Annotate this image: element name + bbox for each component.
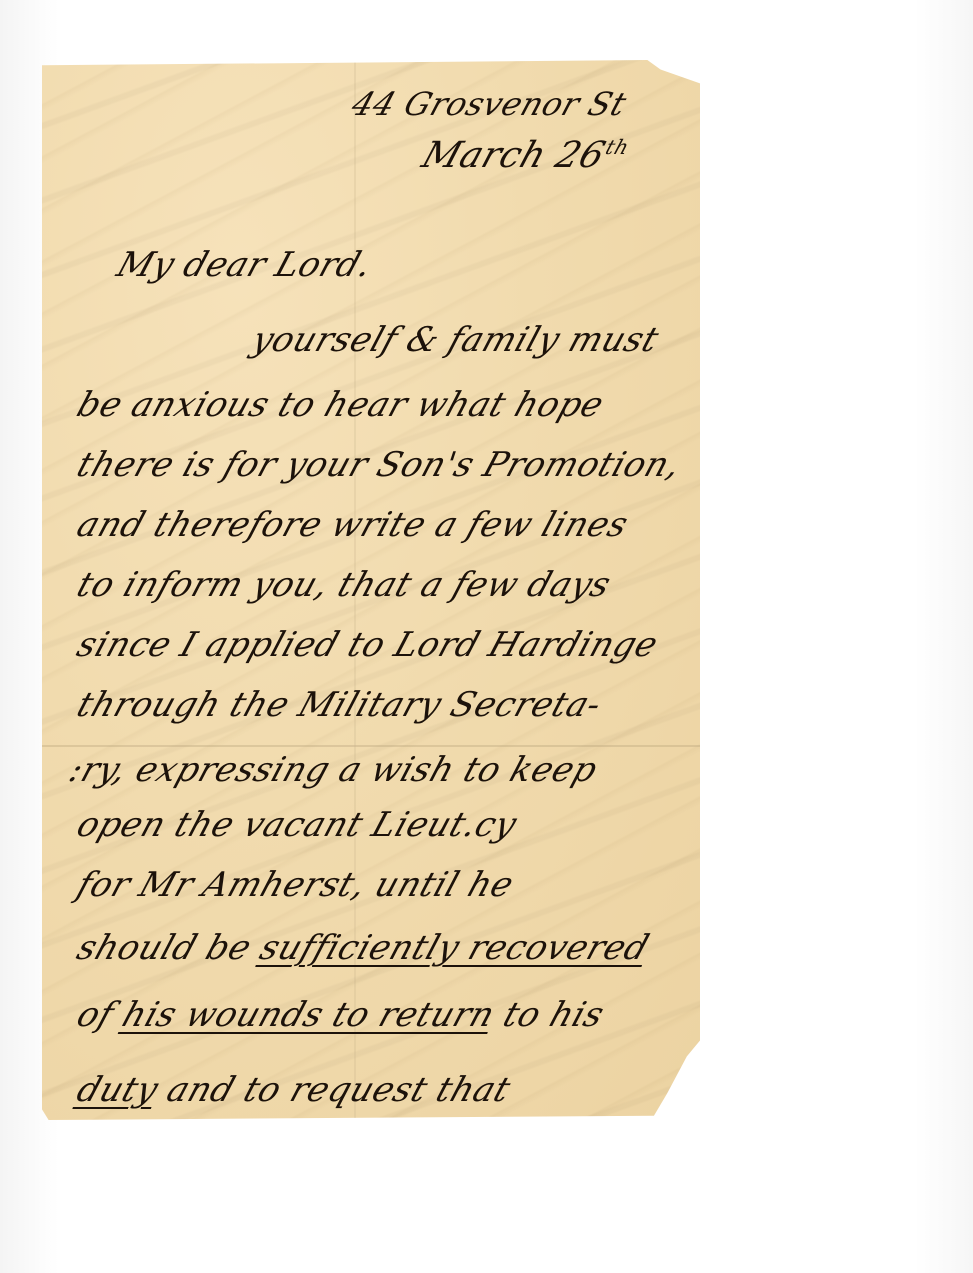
body-text: should be bbox=[72, 928, 257, 968]
body-line: be anxious to hear what hope bbox=[72, 385, 609, 425]
body-text: to his bbox=[498, 995, 609, 1035]
sender-address: 44 Grosvenor St bbox=[347, 85, 631, 123]
underlined-text: his wounds to return bbox=[117, 995, 499, 1035]
body-text: and to request that bbox=[162, 1070, 516, 1110]
body-line: yourself & family must bbox=[247, 320, 664, 360]
body-line: of his wounds to return to his bbox=[72, 995, 609, 1035]
body-line: through the Military Secreta- bbox=[72, 685, 607, 725]
salutation: My dear Lord. bbox=[112, 245, 377, 285]
body-line: there is for your Son's Promotion, bbox=[72, 445, 686, 485]
body-line: for Mr Amherst, until he bbox=[72, 865, 519, 905]
body-line: duty and to request that bbox=[72, 1070, 516, 1110]
date-text: March 26 bbox=[417, 135, 610, 176]
horizontal-fold-crease bbox=[42, 745, 700, 747]
underlined-text: duty bbox=[72, 1070, 164, 1110]
body-line: to inform you, that a few days bbox=[72, 565, 616, 605]
body-line: and therefore write a few lines bbox=[72, 505, 633, 545]
underlined-text: sufficiently recovered bbox=[255, 928, 654, 968]
body-line: :ry, expressing a wish to keep bbox=[64, 750, 602, 790]
letter-date: March 26th bbox=[417, 135, 632, 176]
body-line: should be sufficiently recovered bbox=[72, 928, 654, 968]
letter-page: 44 Grosvenor St March 26th My dear Lord.… bbox=[42, 60, 700, 1120]
body-line: open the vacant Lieut.cy bbox=[72, 805, 522, 845]
body-line: since I applied to Lord Hardinge bbox=[72, 625, 663, 665]
